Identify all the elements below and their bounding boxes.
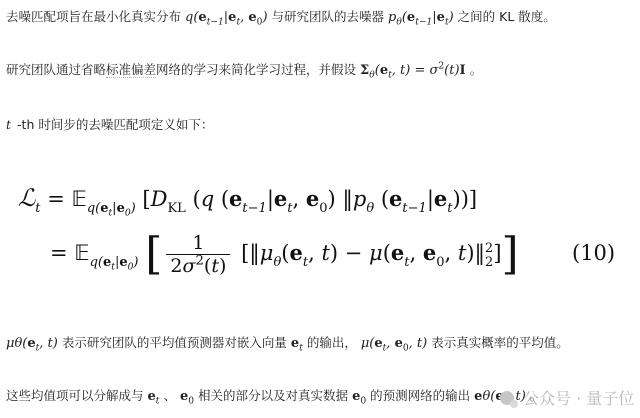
math-e-0: e0 <box>352 389 366 404</box>
math-sigma-assumption: Σθ(et, t) = σ2(t)I <box>360 63 466 78</box>
fraction: 12σ2(t) <box>166 232 230 277</box>
text: 之间的 KL 散度。 <box>458 9 556 24</box>
wechat-official-account-icon <box>500 391 514 405</box>
text: 的输出， <box>307 335 357 350</box>
paragraph-decomposition: 这些均值项可以分解成与et、e0相关的部分以及对真实数据e0的预测网络的输出eθ… <box>6 387 542 406</box>
equation-number: (10) <box>572 241 615 265</box>
math-mu-theta: μθ(et, t) <box>6 336 58 351</box>
text: 表示研究团队的平均值预测器对嵌入向量 <box>62 335 287 350</box>
text: 的预测网络的输出 <box>370 388 470 403</box>
math-mu-true: μ(et, e0, t) <box>361 336 427 351</box>
paragraph-kl-divergence: 去噪匹配项旨在最小化真实分布q(et−1|et, e0)与研究团队的去噪器pθ(… <box>6 8 556 27</box>
paragraph-definition-intro: t-th 时间步的去噪匹配项定义如下： <box>6 116 213 134</box>
text: 网络的学习来简化学习过程，并假设 <box>156 62 356 77</box>
text: 这些均值项可以分解成与 <box>6 388 144 403</box>
text: 与研究团队的去噪器 <box>272 9 385 24</box>
watermark-text: 公众号 · 量子位 <box>523 386 634 409</box>
math-e-t: et <box>148 389 160 404</box>
text: 研究团队通过省略 <box>6 62 106 77</box>
text: -th 时间步的去噪匹配项定义如下： <box>17 117 213 132</box>
text: 。 <box>470 62 483 77</box>
math-e-0: e0 <box>180 389 194 404</box>
equation-row-2: = 𝔼q(et|e0) [12σ2(t) [‖μθ(et, t) − μ(et,… <box>50 232 519 277</box>
text: 表示真实概率的平均值。 <box>431 335 569 350</box>
paragraph-mean-predictor: μθ(et, t)表示研究团队的平均值预测器对嵌入向量et的输出，μ(et, e… <box>6 334 569 353</box>
math-e-t: et <box>291 336 303 351</box>
math-p-theta: pθ(et−1|et) <box>388 10 454 25</box>
separator: 、 <box>163 388 176 403</box>
math-t: t <box>6 117 11 132</box>
underlined-term: 标准偏差 <box>106 62 156 78</box>
math-q-distribution: q(et−1|et, e0) <box>185 10 268 25</box>
watermark: 公众号 · 量子位 <box>500 386 634 409</box>
text: 相关的部分以及对真实数据 <box>198 388 348 403</box>
equation-row-1: ℒt = 𝔼q(et|e0) [DKL (q (et−1|et, e0) ‖pθ… <box>18 184 477 216</box>
paragraph-simplify-learning: 研究团队通过省略标准偏差网络的学习来简化学习过程，并假设Σθ(et, t) = … <box>6 61 482 80</box>
text: 去噪匹配项旨在最小化真实分布 <box>6 9 181 24</box>
